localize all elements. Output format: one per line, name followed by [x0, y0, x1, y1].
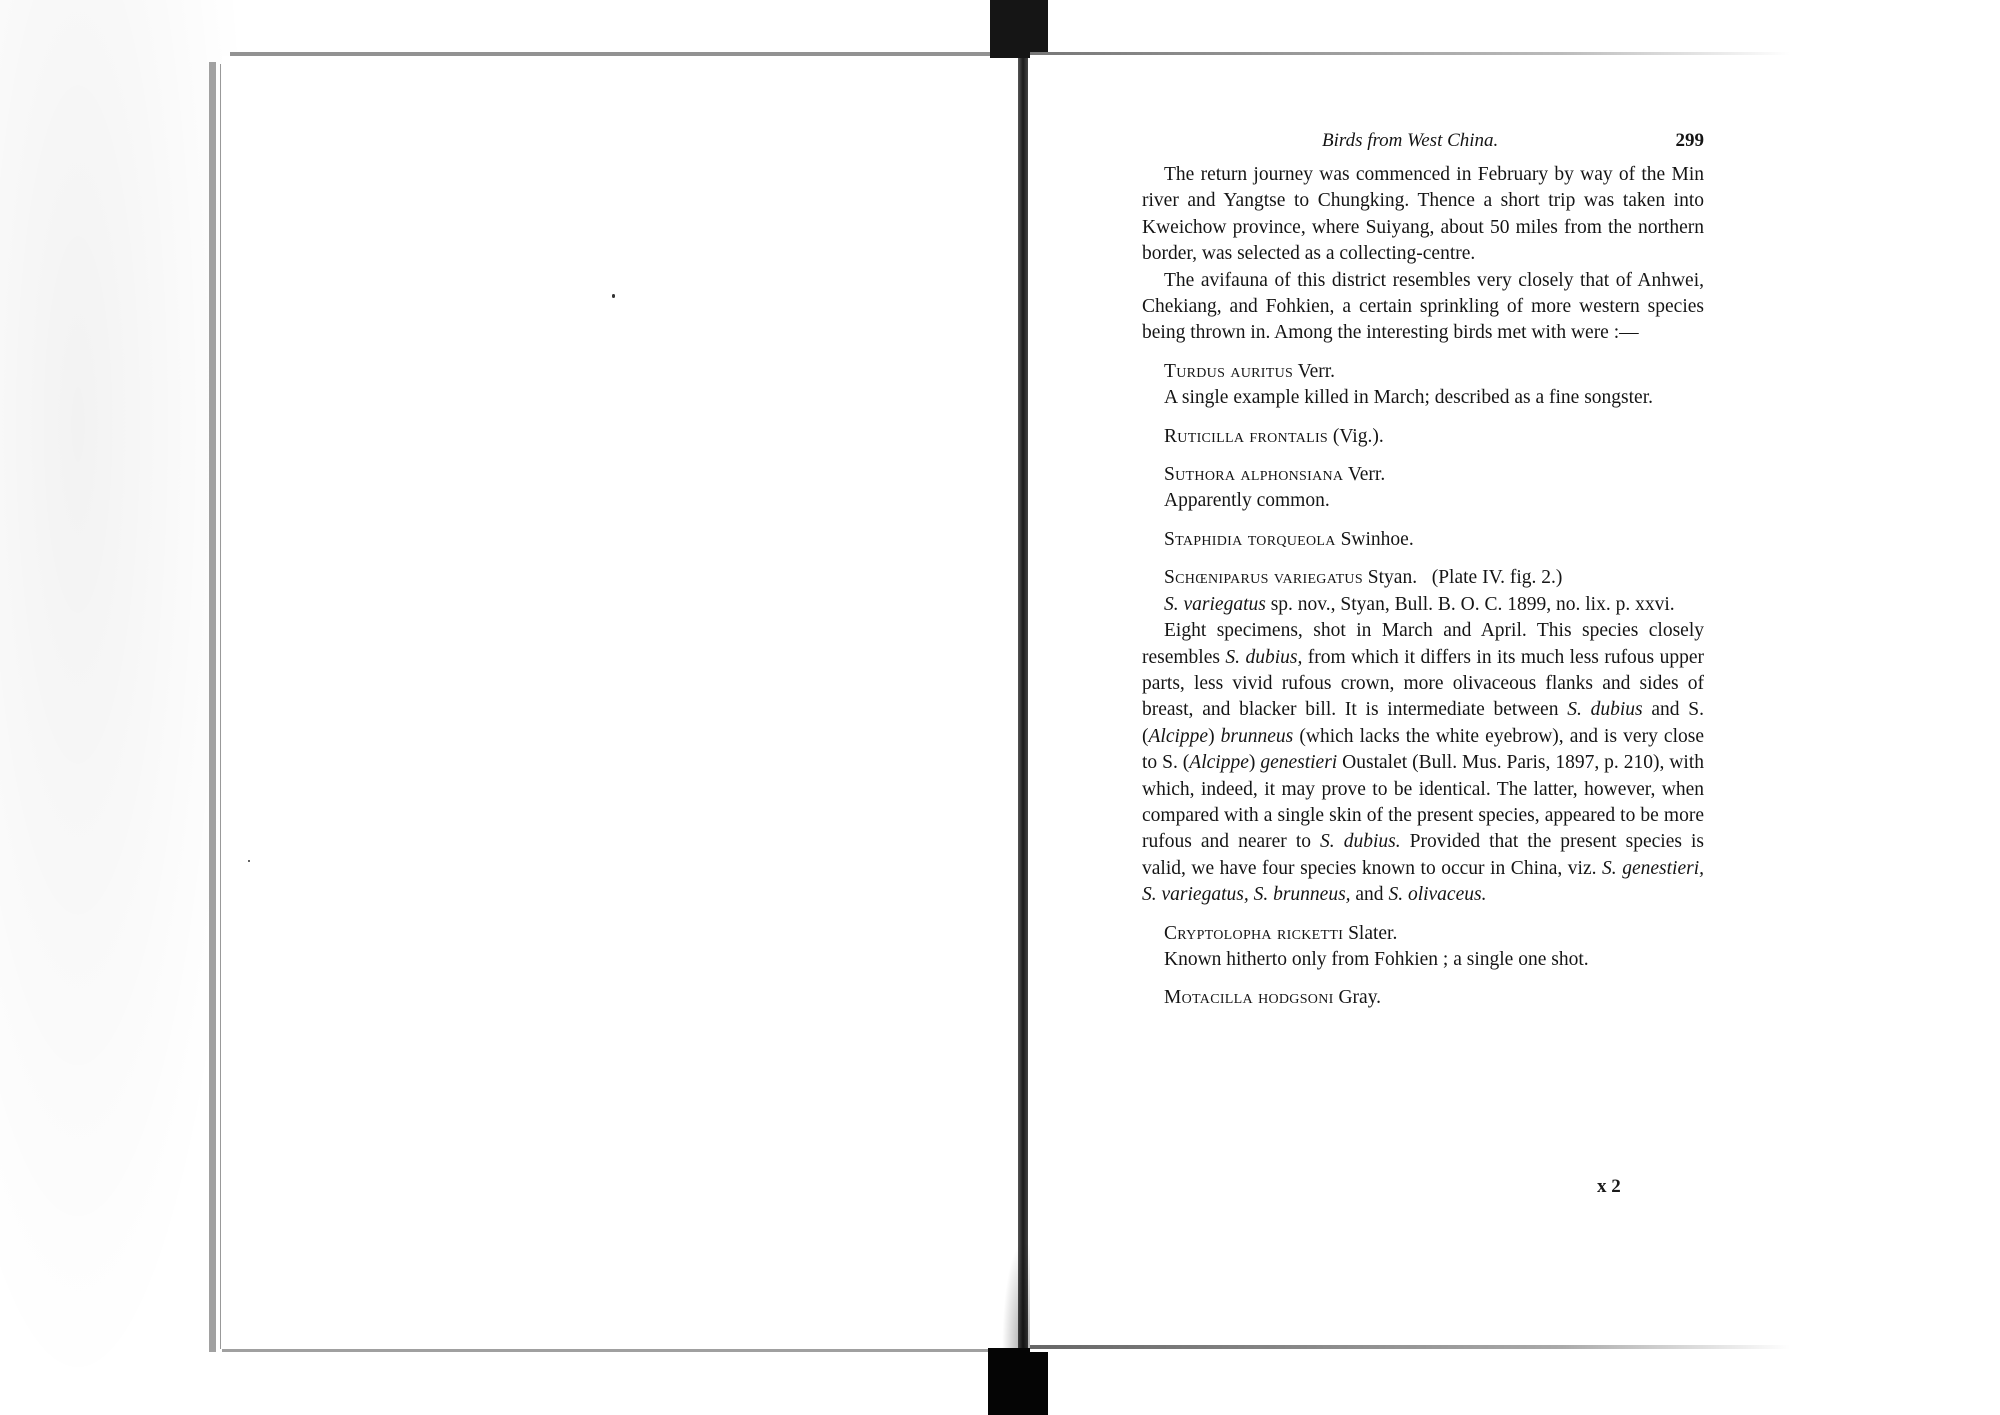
italic-taxon: Alcippe — [1149, 726, 1209, 747]
left-page-edge-line — [220, 64, 221, 1349]
paragraph-return-journey: The return journey was commenced in Febr… — [1142, 162, 1704, 268]
species-note: Apparently common. — [1164, 488, 1704, 514]
species-name: Turdus auritus — [1164, 361, 1293, 382]
scan-speck — [248, 860, 250, 862]
species-authority: Swinhoe. — [1341, 529, 1414, 550]
text-run: ) — [1208, 726, 1221, 747]
species-entry-turdus: Turdus auritus Verr. — [1142, 359, 1704, 385]
text-run: and — [1351, 884, 1389, 905]
species-authority: Slater. — [1348, 923, 1397, 944]
running-header: Birds from West China. 299 — [1142, 128, 1704, 162]
species-name: Cryptolopha ricketti — [1164, 923, 1343, 944]
species-name: Motacilla hodgsoni — [1164, 987, 1334, 1008]
right-page-bottom-edge — [1030, 1345, 1790, 1349]
italic-taxon: S. dubius, — [1225, 647, 1302, 668]
book-gutter — [1018, 58, 1028, 1348]
species-entry-motacilla: Motacilla hodgsoni Gray. — [1142, 985, 1704, 1011]
species-note: A single example killed in March; descri… — [1142, 385, 1704, 411]
species-entry-ruticilla: Ruticilla frontalis (Vig.). — [1142, 424, 1704, 450]
paragraph-avifauna: The avifauna of this district resembles … — [1142, 268, 1704, 347]
species-note: Known hitherto only from Fohkien ; a sin… — [1164, 947, 1704, 973]
italic-taxon: Alcippe — [1189, 752, 1249, 773]
species-authority: Styan. — [1368, 567, 1417, 588]
left-page-top-edge — [230, 52, 1030, 56]
synonym-citation: S. variegatus sp. nov., Styan, Bull. B. … — [1142, 592, 1704, 618]
species-authority: (Vig.). — [1333, 426, 1384, 447]
synonym-reference: sp. nov., Styan, Bull. B. O. C. 1899, no… — [1266, 594, 1675, 615]
species-name: Ruticilla frontalis — [1164, 426, 1328, 447]
species-entry-suthora: Suthora alphonsiana Verr. Apparently com… — [1142, 462, 1704, 515]
species-entry-schoeniparus: Schœniparus variegatus Styan. (Plate IV.… — [1142, 565, 1704, 591]
left-page-blank — [222, 56, 1022, 1346]
italic-taxon: brunneus — [1221, 726, 1294, 747]
species-name: Schœniparus variegatus — [1164, 567, 1363, 588]
species-authority: Verr. — [1298, 361, 1335, 382]
signature-mark: x 2 — [1597, 1176, 1621, 1198]
italic-taxon: S. dubius. — [1320, 831, 1401, 852]
left-page-bottom-edge — [222, 1349, 1022, 1352]
species-description: Eight specimens, shot in March and April… — [1142, 618, 1704, 908]
binding-clip-top — [990, 0, 1048, 58]
running-title: Birds from West China. — [1322, 128, 1498, 154]
binding-clip-bottom — [988, 1348, 1048, 1415]
scan-noise — [0, 0, 260, 1415]
synonym-name: S. variegatus — [1164, 594, 1266, 615]
species-name: Suthora alphonsiana — [1164, 464, 1343, 485]
italic-taxon: S. dubius — [1567, 699, 1642, 720]
page-text-block: Birds from West China. 299 The return jo… — [1142, 128, 1704, 1012]
species-authority: Verr. — [1348, 464, 1385, 485]
species-name: Staphidia torqueola — [1164, 529, 1336, 550]
right-page-top-edge — [1030, 52, 1790, 55]
page-number: 299 — [1676, 128, 1705, 154]
left-page-edge-shadow — [209, 62, 216, 1352]
scan-speck — [612, 294, 615, 298]
italic-taxon: S. olivaceus. — [1388, 884, 1486, 905]
species-entry-staphidia: Staphidia torqueola Swinhoe. — [1142, 527, 1704, 553]
text-run: ) — [1249, 752, 1260, 773]
species-authority: Gray. — [1338, 987, 1381, 1008]
plate-reference: (Plate IV. fig. 2.) — [1432, 567, 1563, 588]
italic-taxon: genestieri — [1260, 752, 1337, 773]
species-entry-cryptolopha: Cryptolopha ricketti Slater. Known hithe… — [1142, 921, 1704, 974]
